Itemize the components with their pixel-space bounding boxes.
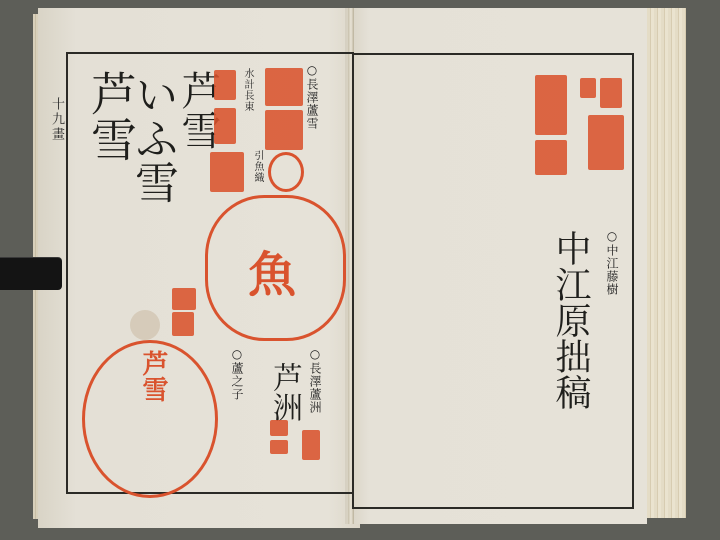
seal-square xyxy=(265,110,303,150)
seal-square xyxy=(172,312,194,336)
seal-caption: 水計長東 xyxy=(240,68,255,112)
seal-square xyxy=(302,430,320,460)
seal-square xyxy=(210,152,244,192)
seal-square xyxy=(270,420,288,436)
artist-label: ○蘆之子 xyxy=(229,347,246,401)
seal-square xyxy=(270,440,288,454)
seal-square xyxy=(535,140,567,175)
artist-label: ○中江藤樹 xyxy=(604,229,621,296)
calligraphy-signature: 芦洲 xyxy=(262,362,306,422)
seal-square xyxy=(172,288,196,310)
seal-caption: 引魚織 xyxy=(250,150,265,183)
seal-small xyxy=(580,78,596,98)
seal-square xyxy=(214,70,236,100)
black-bookmark-tab xyxy=(0,258,62,290)
calligraphy-signature: 中江原拙稿 xyxy=(548,230,592,410)
margin-title: 十九畫 xyxy=(47,97,66,142)
seal-glyph: 芦雪 xyxy=(135,350,172,402)
seal-glyph: 魚 xyxy=(248,236,296,305)
seal-square xyxy=(535,75,567,135)
seal-square xyxy=(214,108,236,144)
paper-stain xyxy=(130,310,160,340)
seal-square xyxy=(265,68,303,106)
seal-round xyxy=(268,152,304,192)
artist-label: ○長澤蘆雪 xyxy=(304,63,321,130)
calligraphy-signature: 芦雪 xyxy=(78,70,144,162)
seal-square xyxy=(600,78,622,108)
artist-label: ○長澤蘆洲 xyxy=(307,347,324,414)
seal-square xyxy=(588,115,624,170)
